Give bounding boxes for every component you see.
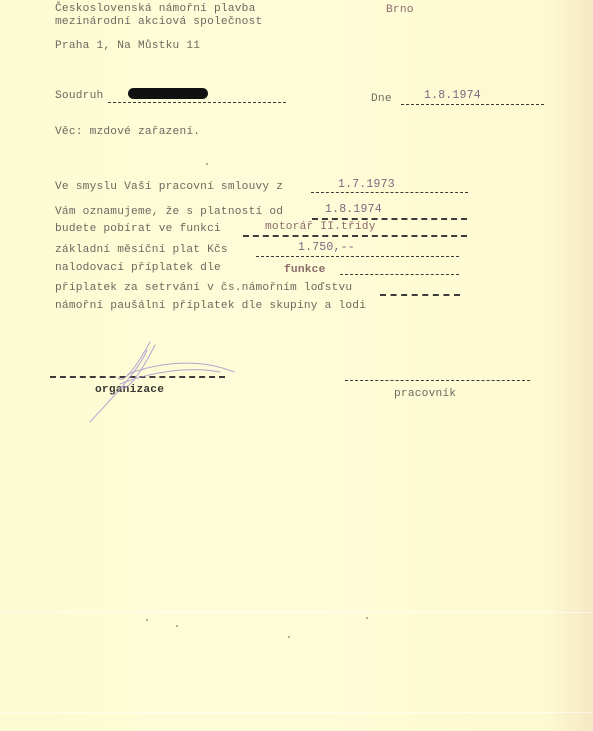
document-page: Československá námořní plavba mezinárodn… bbox=[0, 0, 593, 731]
signature-scribble bbox=[0, 0, 593, 731]
